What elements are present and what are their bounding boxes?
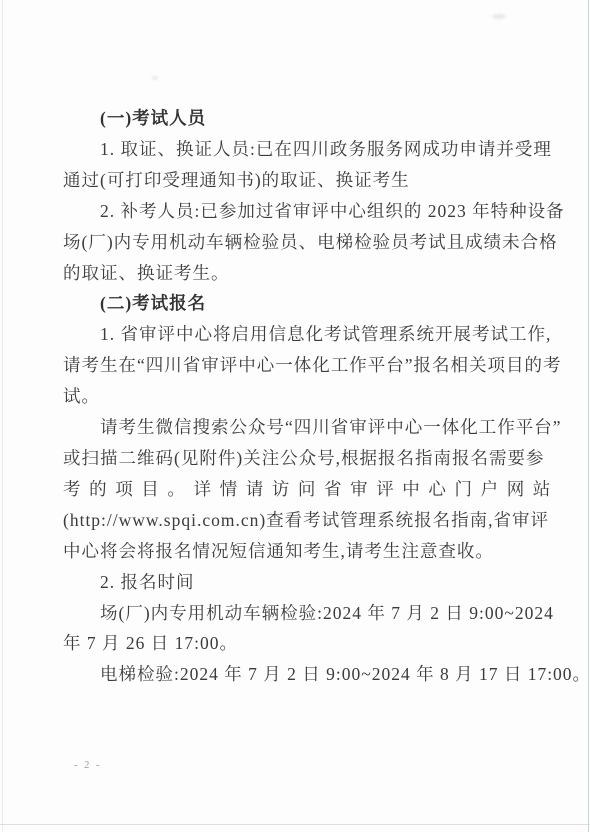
scan-artifact (152, 76, 158, 80)
section-heading-exam-registration: (二)考试报名 (63, 288, 526, 319)
scan-edge-bottom (0, 824, 590, 825)
page-number: - 2 - (74, 760, 102, 771)
text-line: 请考生微信搜索公众号“四川省审评中心一体化工作平台” (63, 412, 526, 443)
text-line-with-url: (http://www.spqi.com.cn)查看考试管理系统报名指南,省审评 (63, 505, 526, 536)
scan-edge-right (588, 0, 589, 832)
section-heading-exam-personnel: (一)考试人员 (63, 103, 526, 134)
text-line: 请考生在“四川省审评中心一体化工作平台”报名相关项目的考 (63, 350, 526, 381)
text-line: 中心将会将报名情况短信通知考生,请考生注意查收。 (63, 536, 526, 567)
text-line: 年 7 月 26 日 17:00。 (63, 628, 526, 659)
scan-artifact (492, 14, 506, 19)
text-line: 的取证、换证考生。 (63, 258, 526, 289)
text-line: 1. 省审评中心将启用信息化考试管理系统开展考试工作, (63, 319, 526, 350)
text-line-justified-wide: 考的项目。详情请访问省审评中心门户网站 (63, 474, 526, 505)
text-line: 通过(可打印受理通知书)的取证、换证考生 (63, 165, 526, 196)
scan-edge-left (2, 0, 3, 832)
text-line-registration-date-vehicle: 场(厂)内专用机动车辆检验:2024 年 7 月 2 日 9:00~2024 (63, 598, 526, 629)
text-line: 试。 (63, 381, 526, 412)
text-line: 场(厂)内专用机动车辆检验员、电梯检验员考试且成绩未合格 (63, 227, 526, 258)
text-line: 1. 取证、换证人员:已在四川政务服务网成功申请并受理 (63, 134, 526, 165)
text-line: 2. 报名时间 (63, 567, 526, 598)
text-line: 2. 补考人员:已参加过省审评中心组织的 2023 年特种设备 (63, 196, 526, 227)
text-line: 或扫描二维码(见附件)关注公众号,根据报名指南报名需要参 (63, 443, 526, 474)
scanned-document-page: (一)考试人员 1. 取证、换证人员:已在四川政务服务网成功申请并受理 通过(可… (0, 0, 590, 832)
document-body: (一)考试人员 1. 取证、换证人员:已在四川政务服务网成功申请并受理 通过(可… (63, 103, 526, 690)
text-line-registration-date-elevator: 电梯检验:2024 年 7 月 2 日 9:00~2024 年 8 月 17 日… (63, 659, 526, 690)
